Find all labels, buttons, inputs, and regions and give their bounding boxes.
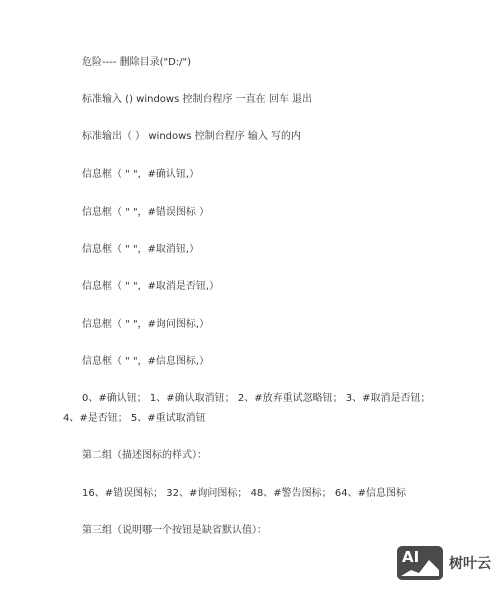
text-line-group3-heading: 第三组（说明哪一个按钮是缺省默认值）：	[82, 521, 267, 536]
text-line-group1-b: 4、#是否钮； 5、#重试取消钮	[63, 409, 206, 424]
text-line-msgbox-yesnocancel: 信息框（ " "，#取消是否钮,）	[82, 277, 219, 292]
text-line-msgbox-cancel: 信息框（ " "，#取消钮,）	[82, 240, 199, 255]
text-line-stdout: 标准输出（ ） windows 控制台程序 输入 写的内	[82, 127, 301, 142]
text-line-msgbox-error: 信息框（ " "，#错误图标 ）	[82, 203, 209, 218]
text-line-danger: 危险---- 删除目录("D:/")	[82, 53, 191, 68]
text-line-group1-a: 0、#确认钮； 1、#确认取消钮； 2、#放弃重试忽略钮； 3、#取消是否钮；	[82, 389, 431, 404]
text-line-stdin: 标准输入 () windows 控制台程序 一直在 回车 退出	[82, 90, 312, 105]
text-line-msgbox-question: 信息框（ " "，#询问图标,）	[82, 315, 209, 330]
text-line-group2-heading: 第二组（描述图标的样式）：	[82, 446, 207, 461]
watermark: AI 树叶云	[397, 546, 491, 580]
ai-image-logo-icon: AI	[397, 546, 443, 580]
text-line-group2-icons: 16、#错误图标； 32、#询问图标； 48、#警告图标； 64、#信息图标	[82, 484, 406, 499]
watermark-brand: 树叶云	[449, 553, 491, 573]
text-line-msgbox-ok: 信息框（ " "，#确认钮,）	[82, 165, 199, 180]
text-line-msgbox-info: 信息框（ " "，#信息图标,）	[82, 352, 209, 367]
